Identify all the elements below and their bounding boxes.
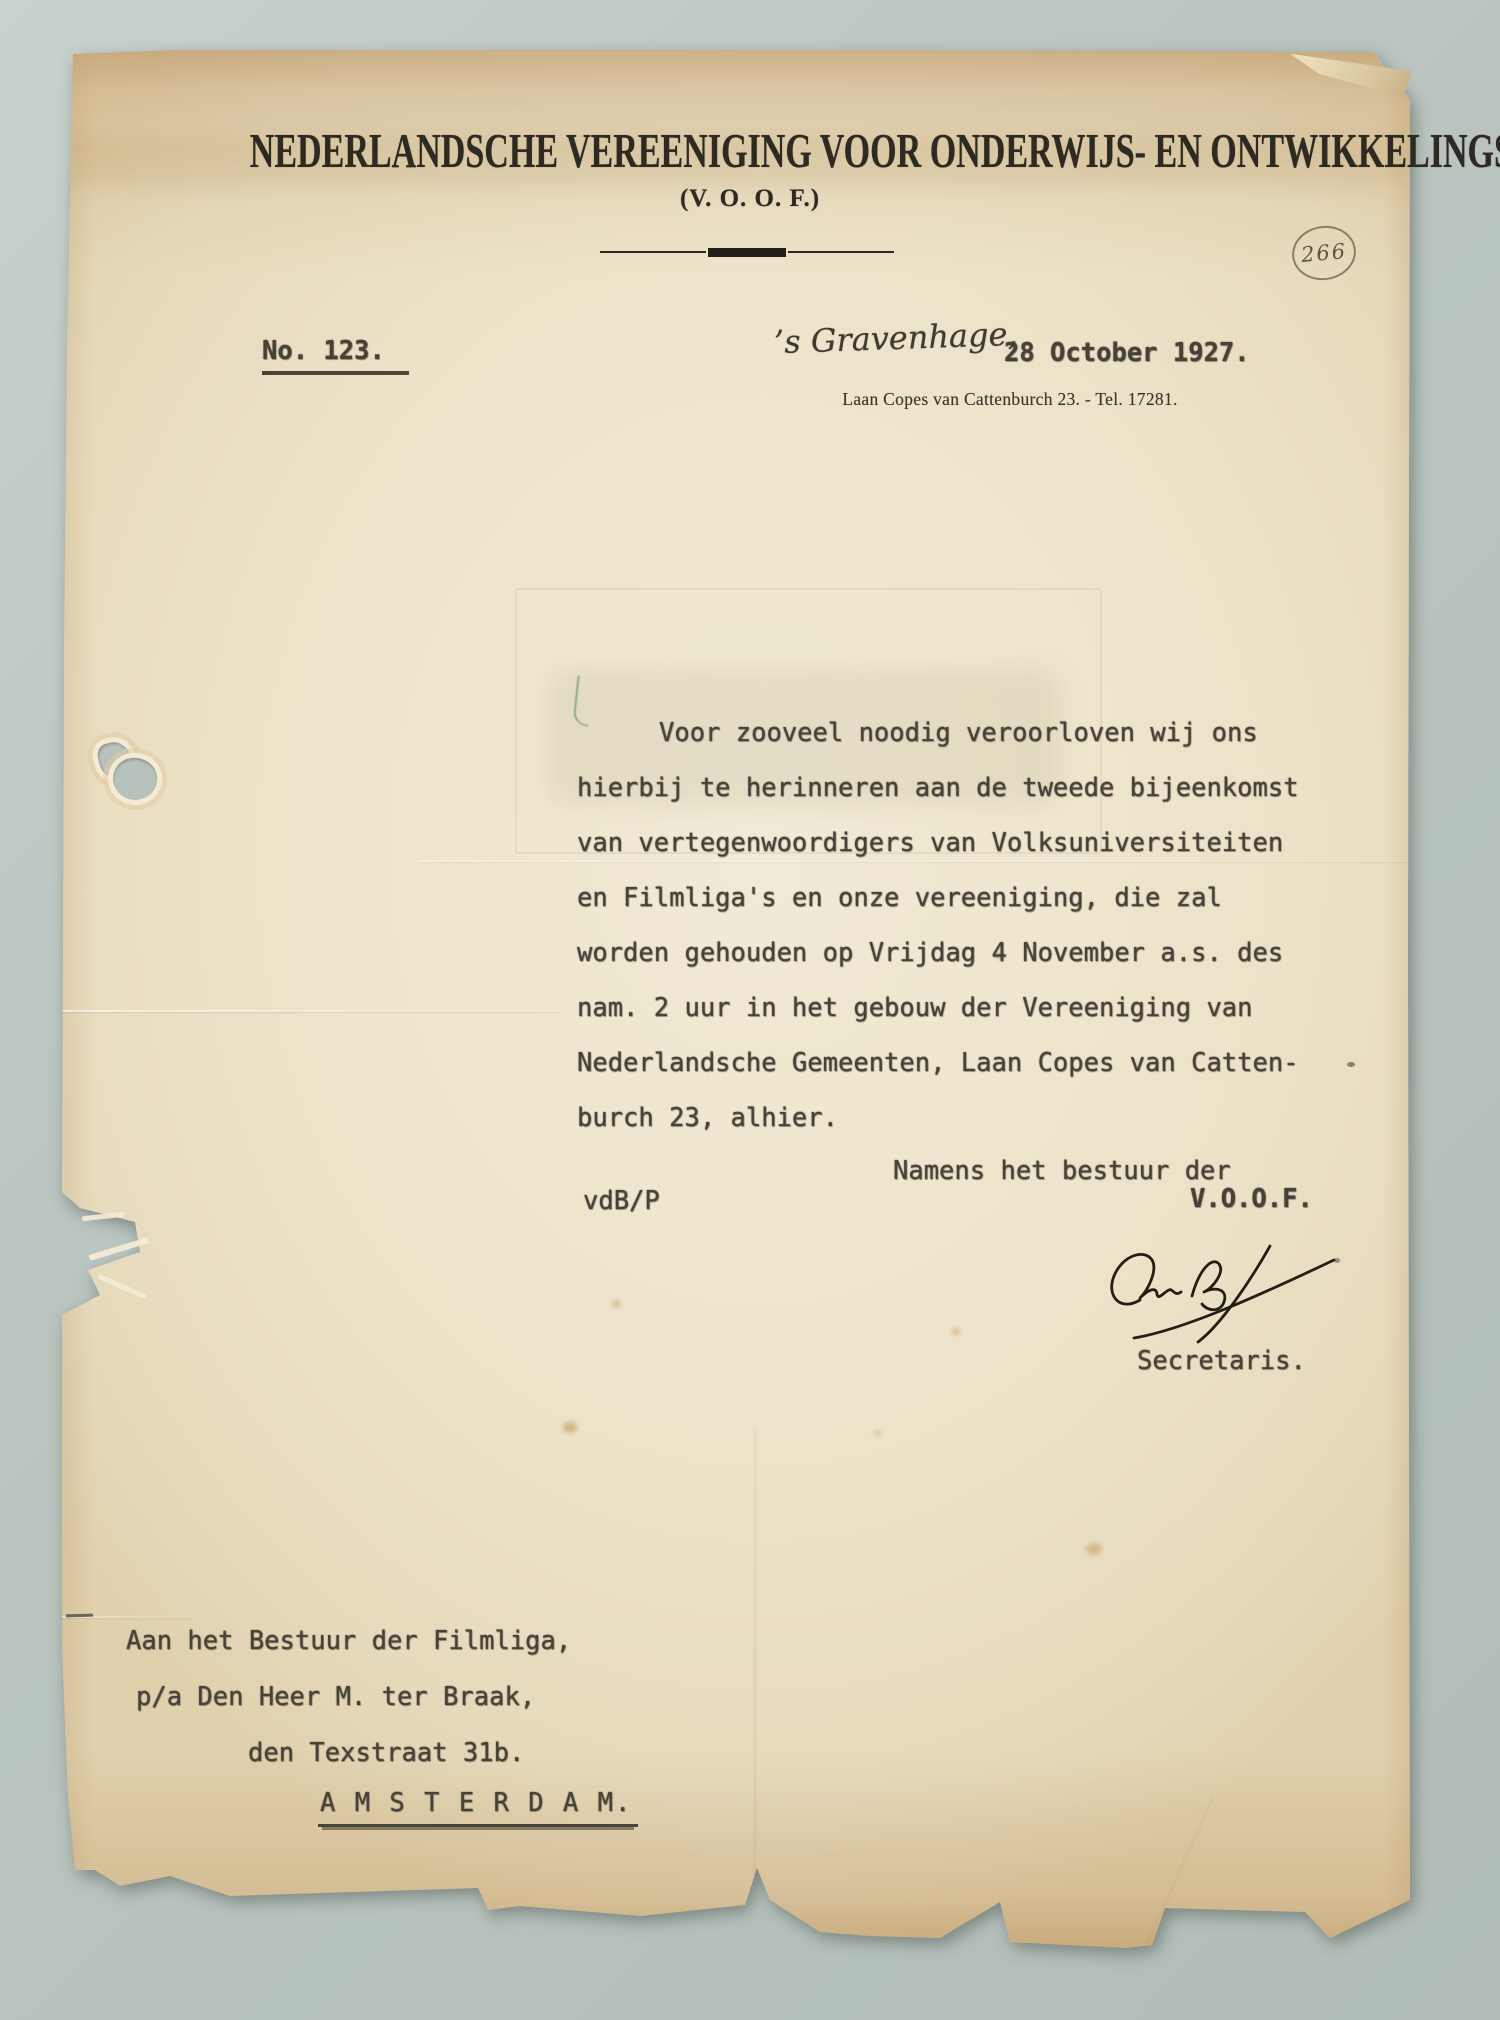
recipient-line: Aan het Bestuur der Filmliga, xyxy=(126,1626,571,1656)
body-paragraph: Voor zooveel noodig veroorloven wij ons … xyxy=(577,706,1387,1146)
handwritten-signature xyxy=(1100,1240,1340,1352)
letterhead-address: Laan Copes van Cattenburch 23. - Tel. 17… xyxy=(700,388,1320,410)
body-line: burch 23, alhier. xyxy=(577,1091,1387,1146)
foxing-spot xyxy=(952,1328,960,1335)
body-line: van vertegenwoordigers van Volksuniversi… xyxy=(577,816,1387,871)
letterhead-divider-rule xyxy=(600,247,894,257)
dateline-place: ’s Gravenhage, xyxy=(773,314,1018,362)
crease-line xyxy=(60,1010,560,1012)
recipient-line: den Texstraat 31b. xyxy=(248,1738,524,1768)
crease-line xyxy=(1144,1795,1215,1951)
closing-organization: V.O.O.F. xyxy=(1190,1184,1313,1214)
foxing-spot xyxy=(563,1422,577,1433)
aged-bottom-band xyxy=(58,1750,1410,1960)
aged-right-band xyxy=(1384,48,1410,1960)
rule-thin-right xyxy=(788,251,894,253)
foxing-spot xyxy=(874,1430,881,1436)
foxing-spot xyxy=(1086,1543,1102,1555)
scanned-letter-page: NEDERLANDSCHE VEREENIGING VOOR ONDERWIJS… xyxy=(0,0,1500,2020)
rule-thick-center xyxy=(708,248,786,257)
body-line: en Filmliga's en onze vereeniging, die z… xyxy=(577,871,1387,926)
recipient-line: p/a Den Heer M. ter Braak, xyxy=(136,1682,535,1712)
fold-line xyxy=(754,1428,756,1960)
dateline-date: 28 October 1927. xyxy=(1004,338,1250,368)
body-line: worden gehouden op Vrijdag 4 November a.… xyxy=(577,926,1387,981)
foxing-spot xyxy=(612,1300,621,1308)
reference-number: No. 123. xyxy=(262,336,409,375)
aged-left-band xyxy=(58,48,94,1960)
closing-on-behalf: Namens het bestuur der xyxy=(893,1156,1231,1186)
body-line: Voor zooveel noodig veroorloven wij ons xyxy=(577,706,1387,761)
signature-role: Secretaris. xyxy=(1137,1346,1306,1376)
rule-thin-left xyxy=(600,251,706,253)
archive-number: 266 xyxy=(1300,239,1348,267)
body-line: nam. 2 uur in het gebouw der Vereeniging… xyxy=(577,981,1387,1036)
letterhead-organization: NEDERLANDSCHE VEREENIGING VOOR ONDERWIJS… xyxy=(250,125,1250,178)
body-line: Nederlandsche Gemeenten, Laan Copes van … xyxy=(577,1036,1387,1091)
recipient-city: A M S T E R D A M. xyxy=(318,1788,638,1827)
body-line: hierbij te herinneren aan de tweede bije… xyxy=(577,761,1387,816)
typist-initials: vdB/P xyxy=(583,1186,660,1216)
letterhead-abbreviation: (V. O. O. F.) xyxy=(74,184,1426,214)
